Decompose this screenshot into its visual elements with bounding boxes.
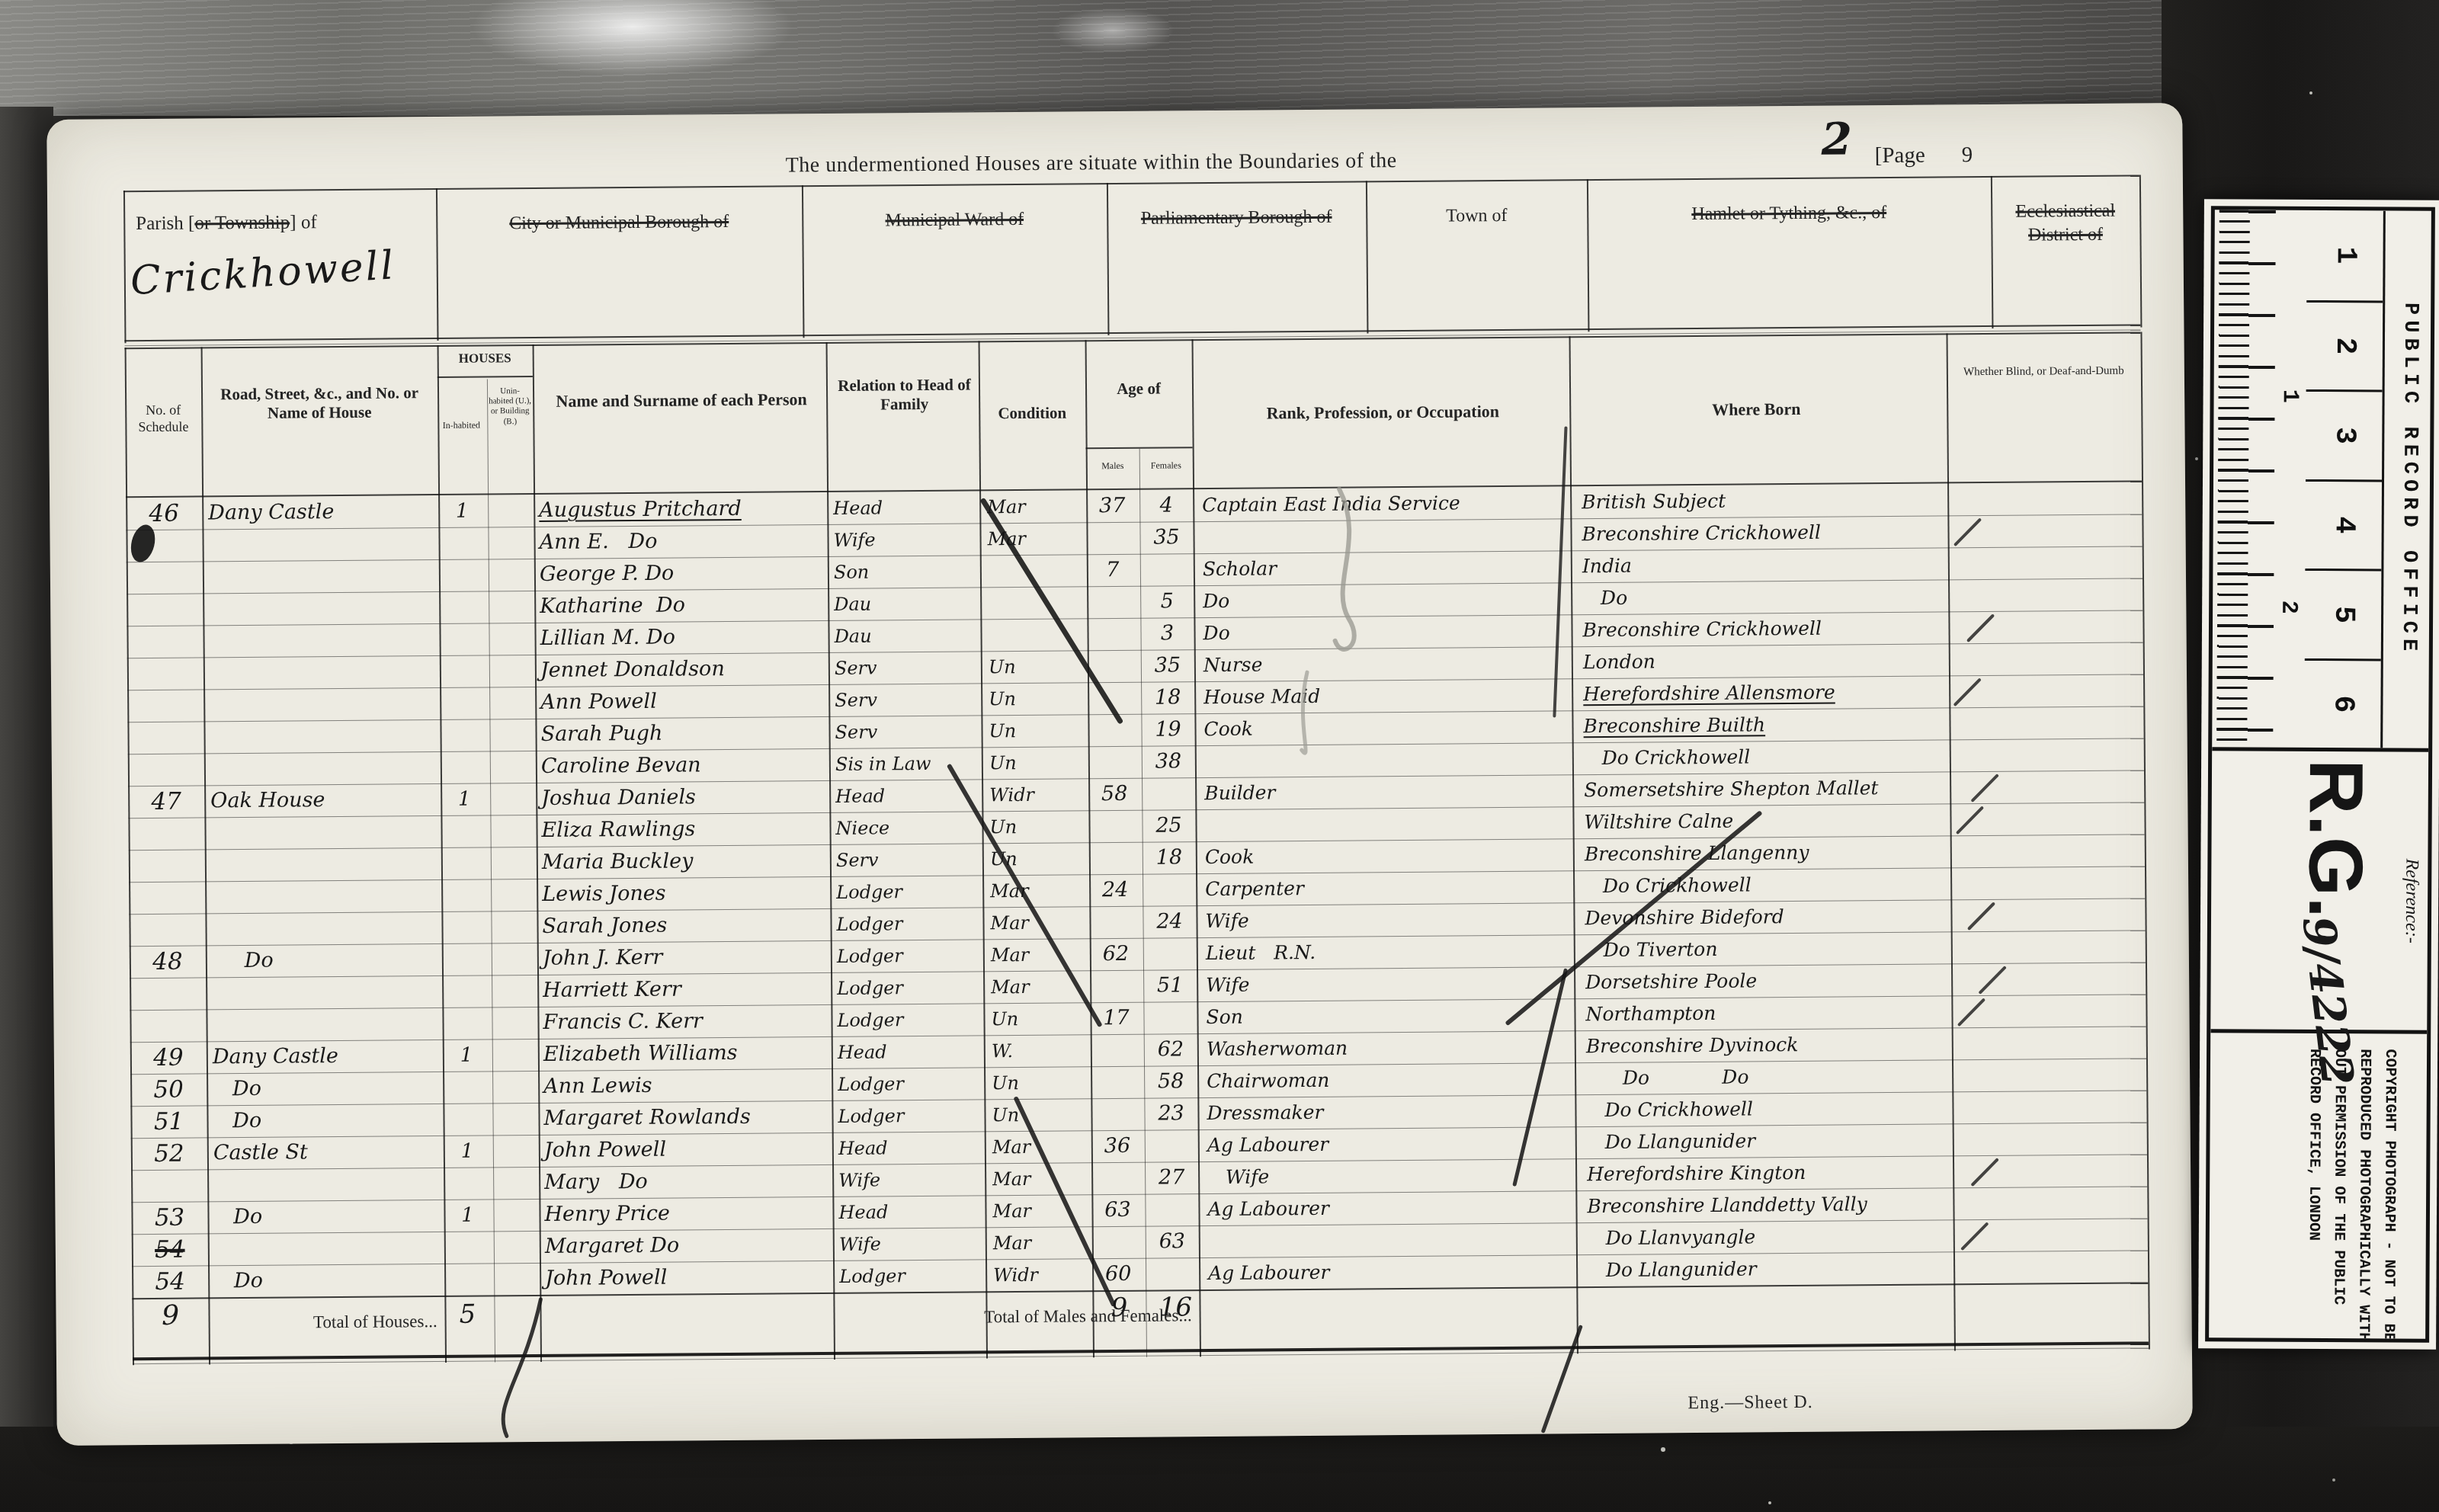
cell-born: India [1582, 547, 1947, 582]
cell-name: Katharine Do [540, 588, 828, 623]
cell-occupation: Wife [1206, 966, 1572, 1001]
cell-condition: Un [992, 1066, 1089, 1099]
cell-condition: Mar [992, 1162, 1090, 1195]
jurisdiction-cell: Ecclesiastical District of [1991, 176, 2141, 327]
jurisdiction-cell: City or Municipal Borough of [436, 187, 803, 339]
cell-name: Margaret Rowlands [543, 1100, 832, 1135]
totals-males-value: 9 [1092, 1293, 1146, 1324]
cell-street: Do [214, 1264, 443, 1297]
cell-name: Henry Price [544, 1196, 832, 1231]
cell-schedule: 51 [130, 1105, 207, 1138]
ruler-number: 2 [2306, 300, 2383, 389]
cell-schedule: 49 [130, 1041, 207, 1074]
col-header-condition: Condition [980, 403, 1084, 423]
cell-female: 3 [1142, 617, 1192, 650]
cell-name: Lillian M. Do [540, 620, 828, 655]
cell-occupation: Chairwoman [1207, 1062, 1572, 1097]
col-header-males: Males [1086, 460, 1139, 472]
cell-condition: Mar [991, 938, 1088, 971]
cell-female: 18 [1143, 681, 1193, 714]
cell-name: Elizabeth Williams [543, 1036, 832, 1071]
totals-curve-stroke [502, 1299, 542, 1436]
cell-name: John J. Kerr [543, 940, 831, 975]
col-header-occupation: Rank, Profession, or Occupation [1238, 402, 1527, 424]
cell-relation: Lodger [836, 875, 981, 908]
cell-occupation: Wife [1205, 902, 1571, 937]
cell-female: 35 [1141, 521, 1191, 554]
jurisdiction-cell: Municipal Ward of [802, 184, 1108, 336]
cell-born: Do Llangunider [1587, 1123, 1951, 1158]
col-header-name: Name and Surname of each Person [548, 389, 815, 412]
cell-relation: Dau [834, 587, 979, 620]
cell-name: Margaret Do [545, 1228, 833, 1263]
cell-male: 36 [1091, 1130, 1143, 1163]
cell-female: 4 [1141, 489, 1191, 522]
cell-name: Lewis Jones [542, 876, 830, 911]
cell-born: Do Crickhowell [1585, 867, 1949, 902]
cell-inhabited: 1 [441, 783, 488, 815]
strip-ruler-section: PUBLIC RECORD OFFICE 123456 1 2 [2212, 210, 2431, 748]
cell-occupation: Do [1203, 614, 1569, 649]
public-record-office-label: PUBLIC RECORD OFFICE [2396, 211, 2422, 748]
cell-name: John Powell [545, 1261, 833, 1295]
cell-street: Oak House [210, 783, 439, 817]
page-heading: The undermentioned Houses are situate wi… [444, 146, 1739, 181]
cell-born: Breconshire Dyvinock [1586, 1027, 1950, 1062]
parish-suffix: ] of [290, 212, 317, 232]
cell-born: Do Llanvyangle [1588, 1219, 1952, 1254]
cell-schedule: 46 [126, 497, 202, 530]
census-page: The undermentioned Houses are situate wi… [46, 103, 2193, 1446]
cell-relation: Son [834, 555, 979, 588]
cell-condition: Un [989, 714, 1086, 747]
col-header-houses: HOUSES [437, 351, 533, 367]
cell-name: Harriett Kerr [543, 972, 831, 1007]
cell-born: Do Crickhowell [1584, 739, 1948, 774]
cell-born: Do [1582, 579, 1947, 614]
cell-schedule: 54 [132, 1233, 208, 1266]
cell-street: Do [212, 943, 441, 977]
cell-female: 27 [1146, 1161, 1197, 1194]
col-header-schedule: No. ofSchedule [125, 402, 201, 435]
totals-slash-stroke [1543, 1327, 1582, 1430]
cell-male: 24 [1089, 874, 1141, 907]
cell-condition: Mar [990, 874, 1088, 907]
cell-female: 58 [1146, 1065, 1196, 1098]
cell-relation: Serv [835, 683, 979, 716]
parish-prefix: Parish [ [136, 213, 194, 235]
cell-female: 63 [1147, 1225, 1197, 1258]
cell-female: 25 [1143, 809, 1194, 842]
cell-street: Do [213, 1072, 441, 1105]
jurisdiction-label: Town of [1446, 204, 1508, 332]
cell-name: Eliza Rawlings [541, 812, 829, 847]
copyright-line: OUT PERMISSION OF THE PUBLIC [2325, 1049, 2352, 1331]
cell-schedule: 52 [131, 1137, 207, 1170]
cell-occupation: Nurse [1203, 646, 1569, 681]
cell-condition: Un [989, 650, 1086, 683]
cell-name: Augustus Pritchard [539, 492, 827, 527]
cell-condition: Mar [992, 1130, 1090, 1163]
parish-label: Parish [or Township] of [136, 212, 317, 235]
cell-relation: Lodger [836, 907, 981, 940]
cell-condition: Widr [989, 778, 1087, 811]
cell-relation: Head [838, 1035, 982, 1068]
cell-occupation: Dressmaker [1207, 1094, 1572, 1129]
ruler-number: 3 [2306, 389, 2383, 479]
cell-street: Dany Castle [208, 495, 437, 529]
cell-relation: Lodger [838, 1099, 982, 1132]
cell-condition: Mar [987, 490, 1085, 523]
cell-occupation: Ag Labourer [1207, 1190, 1573, 1225]
jurisdiction-label: Parliamentary Borough of [1141, 206, 1333, 334]
cell-relation: Lodger [837, 939, 982, 972]
cell-condition: Mar [990, 906, 1088, 939]
cell-street: Do [213, 1200, 442, 1233]
cell-name: Jennet Donaldson [540, 652, 828, 687]
cell-relation: Sis in Law [835, 747, 980, 780]
cell-schedule: 53 [131, 1201, 207, 1234]
cell-name: Sarah Jones [542, 908, 830, 943]
cell-relation: Niece [835, 811, 980, 844]
cell-relation: Head [835, 779, 980, 812]
cell-name: John Powell [544, 1132, 832, 1167]
copyright-line: COPYRIGHT PHOTOGRAPH - NOT TO BE [2376, 1049, 2402, 1331]
cell-relation: Head [838, 1131, 983, 1164]
cell-schedule: 54 [132, 1265, 208, 1298]
cell-street: Do [213, 1104, 441, 1137]
cell-inhabited: 1 [438, 495, 486, 527]
cell-name: Sarah Pugh [540, 716, 828, 751]
cell-street: Castle St [213, 1136, 442, 1169]
cell-born: Somersetshire Shepton Mallet [1584, 771, 1948, 806]
cell-female: 5 [1142, 585, 1192, 618]
record-series: R.G. [2291, 759, 2380, 919]
totals-females-value: 16 [1149, 1292, 1202, 1323]
cell-condition: Mar [991, 970, 1088, 1003]
cell-relation: Head [833, 491, 978, 524]
jurisdiction-cell: Town of [1366, 181, 1588, 332]
cell-relation: Lodger [838, 1067, 982, 1100]
ruler-number: 1 [2306, 210, 2383, 300]
cell-relation: Head [838, 1195, 983, 1228]
cell-occupation: Builder [1204, 774, 1570, 809]
cell-name: Ann E. Do [539, 524, 827, 559]
page-number-label: [Page9 [1875, 143, 1973, 168]
cell-name: Caroline Bevan [541, 748, 829, 783]
col-header-blind: Whether Blind, or Deaf-and-Dumb [1958, 364, 2130, 380]
film-glare-small [1052, 8, 1174, 53]
cell-born: Do Do [1586, 1059, 1950, 1094]
col-header-relation: Relation to Head of Family [838, 376, 971, 415]
reference-label: Reference:- [2401, 859, 2422, 943]
cell-born: Do Llangunider [1588, 1251, 1952, 1286]
cell-female: 24 [1144, 905, 1194, 938]
strip-reference-section: Reference:- R.G. 9/4222 [2210, 747, 2428, 1030]
cell-condition: Un [989, 746, 1087, 779]
cell-born: Do Crickhowell [1586, 1091, 1950, 1126]
cell-relation: Serv [836, 843, 981, 876]
ruler-inch-1: 1 [2277, 389, 2303, 403]
cell-condition: Widr [993, 1258, 1091, 1291]
cell-relation: Lodger [839, 1259, 984, 1292]
cell-occupation: Cook [1203, 710, 1569, 745]
cell-born: Breconshire Llangenny [1585, 835, 1949, 870]
cell-female: 18 [1144, 841, 1194, 874]
cell-born: Herefordshire Allensmore [1583, 675, 1947, 710]
cell-occupation: Wife [1207, 1158, 1573, 1193]
col-header-age: Age of [1085, 379, 1192, 399]
cell-born: Northampton [1585, 995, 1950, 1030]
cell-female: 62 [1146, 1033, 1196, 1066]
copyright-line: REPRODUCED PHOTOGRAPHICALLY WITH- [2351, 1049, 2377, 1331]
cell-relation: Wife [838, 1163, 983, 1196]
cell-male: 7 [1087, 554, 1139, 587]
cell-born: Wiltshire Calne [1584, 803, 1948, 838]
copyright-line: RECORD OFFICE, LONDON [2300, 1049, 2327, 1331]
cell-relation: Lodger [837, 971, 982, 1004]
jurisdiction-cell: Parliamentary Borough of [1107, 182, 1367, 334]
cell-condition: W. [992, 1034, 1089, 1067]
ruler-number: 5 [2305, 569, 2382, 658]
cell-born: Breconshire Crickhowell [1582, 515, 1946, 550]
cell-relation: Wife [839, 1227, 984, 1260]
page-number: 9 [1962, 143, 1973, 167]
cell-occupation: Ag Labourer [1208, 1254, 1574, 1289]
page-mark-handwritten: 2 [1821, 113, 1852, 165]
parish-struck-text: or Township [194, 213, 290, 234]
cell-occupation: Captain East India Service [1202, 486, 1568, 521]
cell-female: 23 [1146, 1097, 1196, 1130]
census-rows: 46Dany Castle1Augustus PritchardHeadMar3… [50, 482, 2148, 1299]
cell-born: British Subject [1582, 483, 1946, 518]
ruler-number: 6 [2304, 658, 2381, 748]
cell-name: Joshua Daniels [541, 780, 829, 815]
cell-male: 58 [1088, 778, 1140, 811]
totals-schedule-count: 9 [132, 1299, 208, 1331]
cell-schedule: 47 [128, 785, 204, 818]
col-header-uninhabited: Unin-habited (U.), or Building (B.) [488, 386, 532, 427]
cell-condition: Un [991, 1002, 1088, 1035]
cell-male: 37 [1086, 490, 1138, 523]
cell-schedule: 48 [130, 945, 206, 978]
cell-inhabited: 1 [444, 1135, 491, 1167]
jurisdiction-label: Ecclesiastical District of [2005, 200, 2127, 327]
cell-born: Breconshire Llanddetty Vally [1587, 1187, 1951, 1222]
page-bracket: [Page [1875, 143, 1925, 168]
cell-born: Devonshire Bideford [1585, 899, 1949, 934]
ruler-numbers: 123456 [2428, 211, 2431, 748]
film-speckles [2195, 457, 2198, 460]
film-top-band [0, 0, 2439, 116]
cell-relation: Wife [833, 523, 978, 556]
cell-occupation: Lieut R.N. [1206, 934, 1572, 969]
parish-value-handwritten: Crickhowell [129, 242, 396, 304]
cell-occupation: Son [1206, 998, 1572, 1033]
cell-relation: Serv [835, 715, 979, 748]
ruler-minor-ticks [2216, 210, 2250, 747]
cell-born: Dorsetshire Poole [1585, 963, 1950, 998]
cell-male: 60 [1092, 1258, 1144, 1291]
cell-born: Herefordshire Kington [1587, 1155, 1951, 1190]
col-header-females: Females [1141, 460, 1191, 471]
col-header-road: Road, Street, &c., and No. or Name of Ho… [209, 383, 430, 424]
reference-strip-frame: PUBLIC RECORD OFFICE 123456 1 2 Referenc… [2205, 206, 2435, 1343]
cell-relation: Lodger [837, 1003, 982, 1036]
cell-inhabited: 1 [444, 1199, 491, 1231]
jurisdiction-cell: Hamlet or Tything, &c., of [1587, 178, 1992, 330]
parish-field: Parish [or Township] of Crickhowell [123, 190, 437, 341]
cell-occupation: Do [1203, 582, 1569, 617]
cell-condition: Un [989, 682, 1086, 715]
cell-occupation: Scholar [1203, 550, 1569, 585]
cell-condition: Un [989, 810, 1087, 843]
cell-occupation: Washerwoman [1207, 1030, 1572, 1065]
cell-male: 17 [1090, 1002, 1142, 1035]
cell-relation: Dau [834, 619, 979, 652]
jurisdiction-label: City or Municipal Borough of [509, 210, 729, 338]
reference-strip: PUBLIC RECORD OFFICE 123456 1 2 Referenc… [2198, 199, 2439, 1350]
census-scan: The undermentioned Houses are situate wi… [0, 0, 2439, 1512]
cell-born: Breconshire Crickhowell [1582, 611, 1947, 646]
ruler-number: 4 [2305, 479, 2382, 569]
cell-condition: Un [992, 1098, 1089, 1131]
cell-name: Mary Do [544, 1164, 832, 1199]
ruler-inch-2: 2 [2275, 601, 2301, 614]
jurisdiction-label: Hamlet or Tything, &c., of [1691, 201, 1887, 329]
sheet-note: Eng.—Sheet D. [1687, 1392, 1813, 1414]
cell-name: George P. Do [540, 556, 828, 591]
cell-male: 63 [1091, 1194, 1143, 1227]
cell-condition: Mar [987, 522, 1085, 555]
cell-occupation: Ag Labourer [1207, 1126, 1573, 1161]
cell-born: Do Tiverton [1585, 931, 1950, 966]
cell-condition: Mar [993, 1226, 1091, 1259]
totals-houses-label: Total of Houses... [213, 1312, 437, 1333]
totals-houses-value: 5 [441, 1299, 494, 1330]
cell-name: Ann Powell [540, 684, 828, 719]
cell-occupation: Carpenter [1205, 870, 1571, 905]
cell-condition: Mar [992, 1194, 1090, 1227]
copyright-notice: COPYRIGHT PHOTOGRAPH - NOT TO BEREPRODUC… [2300, 1049, 2402, 1331]
cell-condition: Un [990, 842, 1088, 875]
cell-born: Breconshire Builth [1583, 707, 1947, 742]
cell-street: Dany Castle [213, 1039, 441, 1073]
cell-inhabited: 1 [443, 1039, 490, 1072]
cell-born: London [1583, 643, 1947, 678]
cell-female: 35 [1143, 649, 1193, 682]
cell-schedule: 50 [130, 1073, 207, 1106]
cell-female: 38 [1143, 745, 1194, 778]
cell-occupation: House Maid [1203, 678, 1569, 713]
cell-occupation: Cook [1205, 838, 1571, 873]
cell-female: 51 [1145, 969, 1195, 1002]
col-header-born: Where Born [1634, 399, 1878, 421]
cell-name: Maria Buckley [542, 844, 830, 879]
cell-female: 19 [1143, 713, 1193, 746]
col-header-inhabited: In-habited [436, 420, 486, 431]
jurisdiction-label: Municipal Ward of [885, 208, 1024, 335]
film-left-band [0, 107, 53, 1456]
cell-male: 62 [1090, 938, 1142, 971]
cell-name: Ann Lewis [543, 1068, 832, 1103]
cell-relation: Serv [835, 651, 979, 684]
cell-name: Francis C. Kerr [543, 1004, 831, 1039]
